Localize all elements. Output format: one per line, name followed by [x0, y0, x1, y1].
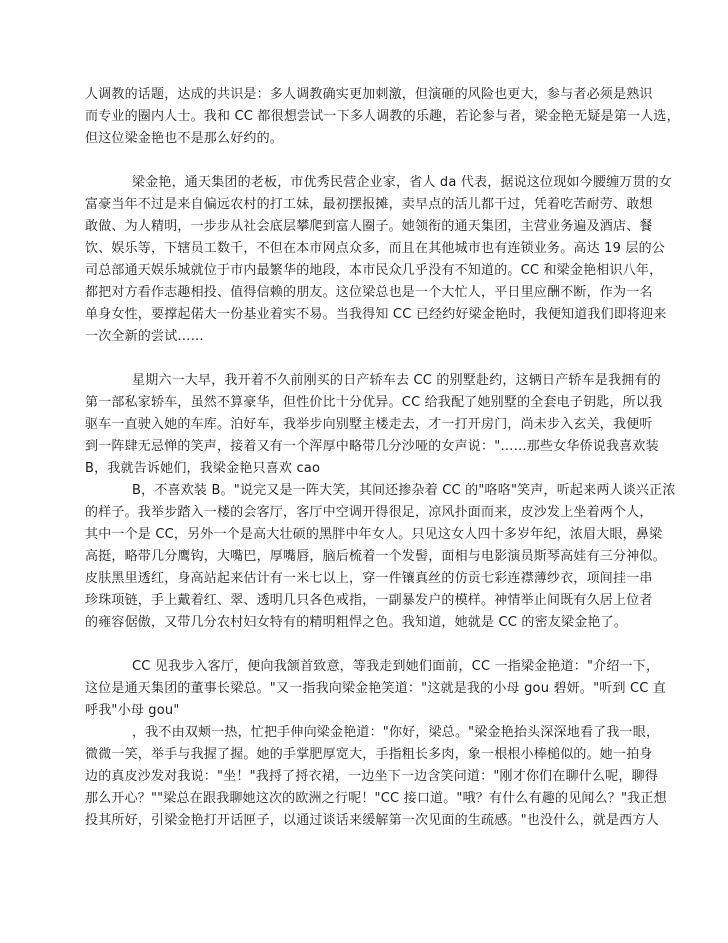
text-line: 梁金艳，通天集团的老板，市优秀民营企业家，省人 da 代表，据说这位现如今腰缠万… [85, 172, 663, 194]
paragraph: B，不喜欢装 B。"说完又是一阵大笑，其间还掺杂着 CC 的"咯咯"笑声，听起来… [85, 480, 663, 634]
text-line: 饮、娱乐等，下辖员工数千，不但在本市网点众多，而且在其他城市也有连锁业务。高达 … [85, 238, 663, 260]
document-page: 人调教的话题，达成的共识是：多人调教确实更加刺激，但演砸的风险也更大，参与者必须… [0, 0, 728, 943]
text-line: 而专业的圈内人士。我和 CC 都很想尝试一下多人调教的乐趣，若论参与者，梁金艳无… [85, 106, 663, 128]
text-line: 都把对方看作志趣相投、值得信赖的朋友。这位梁总也是一个大忙人，平日里应酬不断，作… [85, 282, 663, 304]
text-line: ，我不由双颊一热，忙把手伸向梁金艳道："你好，梁总。"梁金艳抬头深深地看了我一眼… [85, 722, 663, 744]
text-line: CC 见我步入客厅，便向我颔首致意，等我走到她们面前，CC 一指梁金艳道："介绍… [85, 656, 663, 678]
text-line: 人调教的话题，达成的共识是：多人调教确实更加刺激，但演砸的风险也更大，参与者必须… [85, 84, 663, 106]
text-line: 司总部通天娱乐城就位于市内最繁华的地段，本市民众几乎没有不知道的。CC 和梁金艳… [85, 260, 663, 282]
text-line: 单身女性，要撑起偌大一份基业着实不易。当我得知 CC 已经约好梁金艳时，我便知道… [85, 304, 663, 326]
text-line: 第一部私家轿车，虽然不算豪华，但性价比十分优异。CC 给我配了她别墅的全套电子钥… [85, 392, 663, 414]
text-line: 到一阵肆无忌惮的笑声，接着又有一个浑厚中略带几分沙哑的女声说："……那些女华侨说… [85, 436, 663, 458]
text-line: B，不喜欢装 B。"说完又是一阵大笑，其间还掺杂着 CC 的"咯咯"笑声，听起来… [85, 480, 663, 502]
text-line: 高挺，略带几分鹰钩，大嘴巴，厚嘴唇，脑后梳着一个发髻，面相与电影演员斯琴高娃有三… [85, 546, 663, 568]
text-line: 呼我"小母 gou" [85, 700, 663, 722]
document-text: 人调教的话题，达成的共识是：多人调教确实更加刺激，但演砸的风险也更大，参与者必须… [85, 84, 663, 832]
text-line: B，我就告诉她们，我梁金艳只喜欢 cao [85, 458, 663, 480]
text-line: 驱车一直驶入她的车库。泊好车，我举步向别墅主楼走去，才一打开房门，尚未步入玄关，… [85, 414, 663, 436]
text-line: 这位是通天集团的董事长梁总。"又一指我向梁金艳笑道："这就是我的小母 gou 碧… [85, 678, 663, 700]
paragraph: 梁金艳，通天集团的老板，市优秀民营企业家，省人 da 代表，据说这位现如今腰缠万… [85, 172, 663, 348]
text-line: 其中一个是 CC，另外一个是高大壮硕的黑胖中年女人。只见这女人四十多岁年纪，浓眉… [85, 524, 663, 546]
text-line: 投其所好，引梁金艳打开话匣子，以通过谈话来缓解第一次见面的生疏感。"也没什么，就… [85, 810, 663, 832]
text-line: 珍珠项链，手上戴着红、翠、透明几只各色戒指，一副暴发户的模样。神情举止间既有久居… [85, 590, 663, 612]
paragraph: 星期六一大早，我开着不久前刚买的日产轿车去 CC 的别墅赴约，这辆日产轿车是我拥… [85, 370, 663, 480]
text-line: 的样子。我举步踏入一楼的会客厅，客厅中空调开得很足，凉风扑面而来，皮沙发上坐着两… [85, 502, 663, 524]
text-line: 那么开心？""梁总在跟我聊她这次的欧洲之行呢！"CC 接口道。"哦？有什么有趣的… [85, 788, 663, 810]
text-line: 敢做、为人精明，一步步从社会底层攀爬到富人圈子。她领衔的通天集团，主营业务遍及酒… [85, 216, 663, 238]
text-line: 的雍容倨傲，又带几分农村妇女特有的精明粗悍之色。我知道，她就是 CC 的密友梁金… [85, 612, 663, 634]
text-line: 一次全新的尝试…… [85, 326, 663, 348]
text-line: 星期六一大早，我开着不久前刚买的日产轿车去 CC 的别墅赴约，这辆日产轿车是我拥… [85, 370, 663, 392]
paragraph: CC 见我步入客厅，便向我颔首致意，等我走到她们面前，CC 一指梁金艳道："介绍… [85, 656, 663, 722]
paragraph: ，我不由双颊一热，忙把手伸向梁金艳道："你好，梁总。"梁金艳抬头深深地看了我一眼… [85, 722, 663, 832]
text-line: 皮肤黑里透红，身高站起来估计有一米七以上，穿一件镶真丝的仿贡七彩连襟薄纱衣，项间… [85, 568, 663, 590]
paragraph: 人调教的话题，达成的共识是：多人调教确实更加刺激，但演砸的风险也更大，参与者必须… [85, 84, 663, 150]
text-line: 边的真皮沙发对我说："坐！"我捋了捋衣裙，一边坐下一边含笑问道："刚才你们在聊什… [85, 766, 663, 788]
text-line: 但这位梁金艳也不是那么好约的。 [85, 128, 663, 150]
text-line: 微微一笑，举手与我握了握。她的手掌肥厚宽大，手指粗长多肉，象一根根小棒槌似的。她… [85, 744, 663, 766]
text-line: 富豪当年不过是来自偏远农村的打工妹，最初摆报摊，卖早点的活儿都干过，凭着吃苦耐劳… [85, 194, 663, 216]
